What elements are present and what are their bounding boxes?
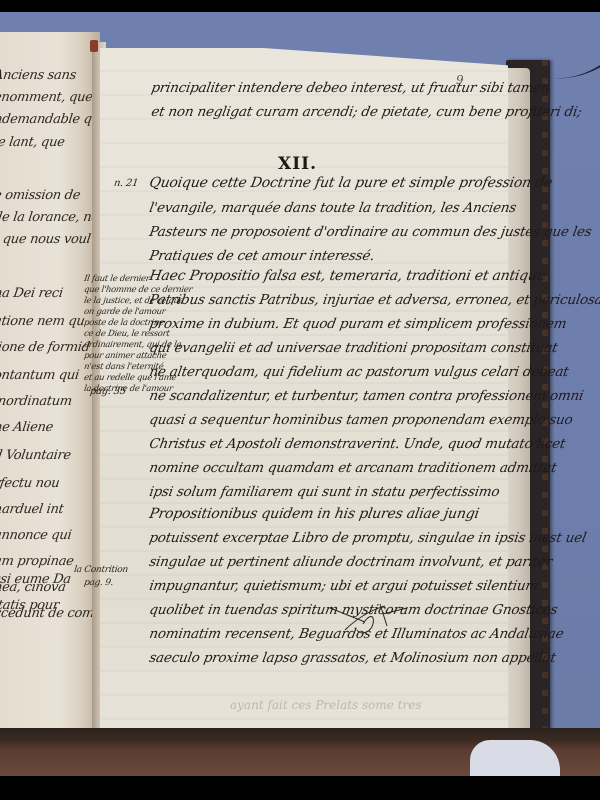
- margin-note: on garde de l'amour: [83, 307, 166, 317]
- manuscript-line: et non negligat curam arcendi; de pietat…: [150, 104, 583, 120]
- manuscript-line: Christus et Apostoli demonstraverint. Un…: [148, 436, 567, 452]
- margin-note: le la justice, et de ce que: [83, 296, 184, 306]
- margin-note: pag. 9.: [83, 578, 114, 588]
- bleed-through-text: ayant fait ces Prelats some tres: [230, 698, 422, 712]
- manuscript-line: impugnantur, quietismum; ubi et argui po…: [148, 578, 539, 594]
- left-line: lione de formid: [0, 340, 91, 355]
- margin-note: pour animer attache: [83, 351, 167, 361]
- left-line: ontantum qui: [0, 368, 80, 383]
- left-line: ssi eume Da: [0, 572, 72, 587]
- manuscript-line: Pratiques de cet amour interessé.: [148, 248, 376, 264]
- manuscript-line: potuissent excerptae Libro de promptu, s…: [148, 530, 587, 546]
- section-numeral: XII.: [278, 154, 317, 174]
- left-line: na Dei reci: [0, 286, 64, 301]
- margin-note: que l'homme de ce dernier: [83, 285, 193, 295]
- red-tab: [90, 40, 98, 52]
- left-line: am propinae: [0, 554, 75, 569]
- manuscript-line: quasi a sequentur hominibus tamen propon…: [148, 412, 574, 428]
- left-line: de la lorance, ne: [0, 210, 100, 225]
- left-line: enomment, que: [0, 90, 94, 105]
- manuscript-line: singulae ut pertinent aliunde doctrinam …: [148, 554, 553, 570]
- left-line: rfectu nou: [0, 476, 60, 491]
- manuscript-line: proxime in dubium. Et quod puram et simp…: [148, 316, 568, 332]
- margin-note: poste de la doctrine: [83, 318, 164, 328]
- margin-note: la Contrition: [73, 565, 128, 575]
- left-line: Anciens sans: [0, 68, 77, 83]
- left-line: t que nous voul: [0, 232, 92, 247]
- manuscript-line: Patribus sanctis Patribus, injuriae et a…: [148, 292, 600, 308]
- margin-note: n. 21: [113, 178, 139, 189]
- left-line: d Voluntaire: [0, 448, 72, 463]
- left-line: ndemandable qu'en: [0, 112, 100, 127]
- margin-note: pag. 35: [89, 386, 126, 397]
- manuscript-line: ipsi solum familiarem qui sunt in statu …: [148, 484, 501, 500]
- manuscript-line: saeculo proxime lapso grassatos, et Moli…: [148, 650, 557, 666]
- photo-scene: Anciens sans enomment, que ndemandable q…: [0, 12, 600, 776]
- margin-note: ordinairement, qui de la: [83, 340, 182, 350]
- left-line: ne Aliene: [0, 420, 54, 435]
- left-line: itatis pour: [0, 598, 60, 613]
- manuscript-line: nomine occultam quamdam et arcanam tradi…: [148, 460, 558, 476]
- margin-note: ce de Dieu, le ressort: [83, 329, 170, 339]
- margin-note: et au redelle que l'ame: [83, 373, 176, 383]
- left-line: atione nem qu: [0, 314, 86, 329]
- left-line: e omission de: [0, 188, 81, 203]
- left-line: harduel int: [0, 502, 65, 517]
- left-line: inordinatum: [0, 394, 73, 409]
- manuscript-line: ne scandalizentur, et turbentur, tamen c…: [148, 388, 585, 404]
- manuscript-line: Propositionibus quidem in his plures ali…: [148, 506, 480, 522]
- manuscript-line: Quoique cette Doctrine fut la pure et si…: [148, 175, 553, 191]
- table-edge: [0, 728, 600, 776]
- white-cloth: [470, 740, 560, 776]
- margin-note: n'est dans l'eternité: [83, 362, 164, 372]
- manuscript-line: qui evangelii et ad universae traditioni…: [148, 340, 559, 356]
- manuscript-line: l'evangile, marquée dans toute la tradit…: [148, 200, 517, 216]
- left-line: le lant, que: [0, 135, 66, 150]
- left-line: annonce qui: [0, 528, 72, 543]
- margin-note: Il faut le dernier: [83, 274, 150, 284]
- manuscript-line: Pasteurs ne proposoient d'ordinaire au c…: [148, 224, 593, 240]
- manuscript-line: principaliter intendere debeo interest, …: [150, 80, 551, 96]
- manuscript-line: Haec Propositio falsa est, temeraria, tr…: [148, 268, 547, 284]
- manuscript-line: ne alterquodam, qui fidelium ac pastorum…: [148, 364, 570, 380]
- signature-flourish-icon: [325, 600, 415, 640]
